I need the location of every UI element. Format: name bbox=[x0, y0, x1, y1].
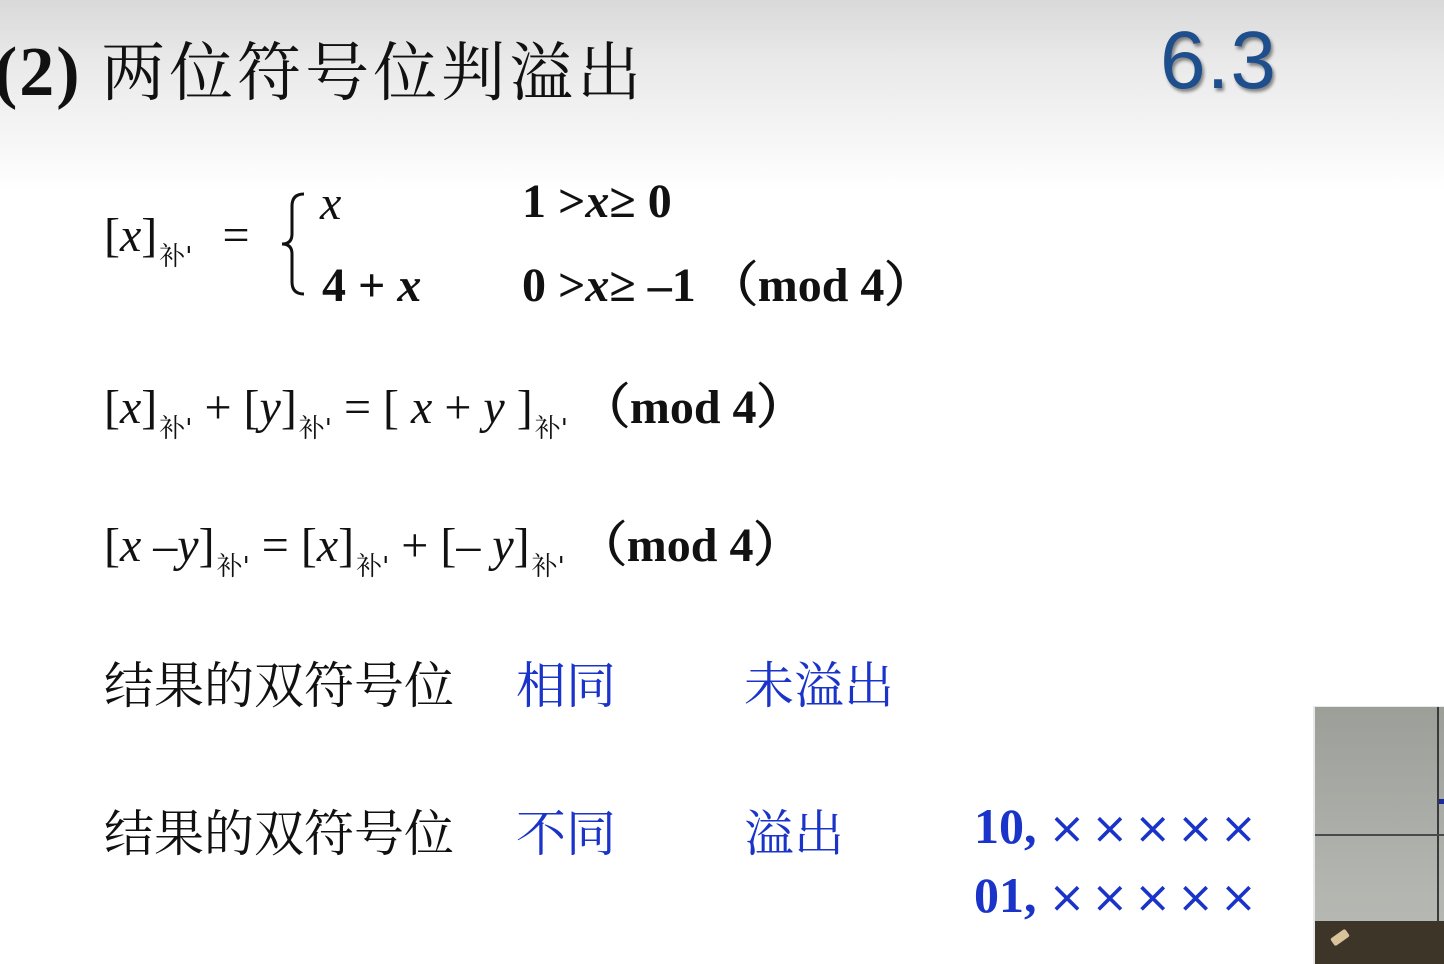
section-number: 6.3 bbox=[1160, 14, 1277, 108]
bracket-close: ] bbox=[514, 519, 530, 572]
bracket-close: ] bbox=[338, 519, 354, 572]
sign-bits: 10, bbox=[974, 798, 1037, 854]
var-x: x bbox=[411, 381, 432, 434]
subscript-complement: 补' bbox=[299, 414, 332, 444]
overflow-pattern-negative: 01,××××× bbox=[974, 866, 1263, 924]
plus-sign: + bbox=[432, 381, 483, 434]
plus-sign: + bbox=[192, 381, 243, 434]
var-x: x bbox=[317, 519, 338, 572]
bracket-close: ] bbox=[281, 381, 297, 434]
minus-sign: – bbox=[141, 519, 177, 572]
left-brace-icon bbox=[282, 192, 306, 296]
bracket-close: ] bbox=[505, 381, 533, 434]
bracket-open: [ bbox=[244, 381, 260, 434]
var-x: x bbox=[120, 519, 141, 572]
wall-marker bbox=[1439, 799, 1444, 804]
slide-title: (2) 两位符号位判溢出 bbox=[0, 22, 645, 114]
var-x: x bbox=[120, 381, 141, 434]
condition-lead: 1 > bbox=[522, 175, 585, 228]
rule-diff-label: 结果的双符号位 bbox=[104, 794, 454, 866]
equation-addition: [x]补' + [y]补' = [ x + y ]补'（mod 4） bbox=[104, 384, 805, 432]
condition-tail: ≥ –1 bbox=[609, 259, 695, 312]
title-prefix: (2) bbox=[0, 34, 82, 111]
case1-condition: 1 >x≥ 0 bbox=[522, 178, 672, 226]
condition-tail: ≥ 0 bbox=[609, 175, 671, 228]
presenter-camera-overlay bbox=[1313, 706, 1444, 964]
subscript-complement: 补' bbox=[217, 552, 250, 582]
modulus: （mod 4） bbox=[710, 259, 933, 312]
var-x: x bbox=[585, 259, 609, 312]
var-x: x bbox=[585, 175, 609, 228]
case2-value-const: 4 + bbox=[322, 259, 397, 312]
var-y: y bbox=[492, 519, 513, 572]
bracket-open: [ bbox=[383, 381, 411, 434]
modulus: （mod 4） bbox=[579, 519, 802, 572]
var-y: y bbox=[177, 519, 198, 572]
subscript-complement: 补' bbox=[356, 552, 389, 582]
rule-same-result: 未溢出 bbox=[744, 646, 894, 718]
subscript-complement: 补' bbox=[159, 414, 192, 444]
equals-sign: = bbox=[222, 209, 249, 262]
bracket-close: ] bbox=[141, 209, 157, 262]
subscript-complement: 补' bbox=[532, 552, 565, 582]
subscript-complement: 补' bbox=[159, 242, 192, 272]
modulus: （mod 4） bbox=[582, 381, 805, 434]
value-bits: ××××× bbox=[1049, 872, 1263, 923]
rule-diff-condition: 不同 bbox=[516, 794, 616, 866]
case2-condition: 0 >x≥ –1（mod 4） bbox=[522, 262, 932, 310]
definition-lhs: [x]补' = bbox=[104, 212, 250, 260]
bracket-open: [ bbox=[104, 209, 120, 262]
rule-same-label: 结果的双符号位 bbox=[104, 646, 454, 718]
sign-bits: 01, bbox=[974, 867, 1037, 923]
overflow-pattern-positive: 10,××××× bbox=[974, 797, 1263, 855]
equals-sign: = bbox=[332, 381, 383, 434]
var-x: x bbox=[397, 259, 421, 312]
case2-value: 4 + x bbox=[322, 262, 421, 310]
bracket-open: [ bbox=[104, 381, 120, 434]
value-bits: ××××× bbox=[1049, 803, 1263, 854]
var-y: y bbox=[260, 381, 281, 434]
equals-sign: = bbox=[250, 519, 301, 572]
bracket-open: [– bbox=[440, 519, 492, 572]
subscript-complement: 补' bbox=[535, 414, 568, 444]
rule-same-condition: 相同 bbox=[516, 646, 616, 718]
bracket-open: [ bbox=[104, 519, 120, 572]
bracket-close: ] bbox=[199, 519, 215, 572]
plus-sign: + bbox=[389, 519, 440, 572]
title-text: 两位符号位判溢出 bbox=[101, 37, 645, 111]
bracket-close: ] bbox=[141, 381, 157, 434]
case1-value: x bbox=[320, 180, 341, 228]
var-x: x bbox=[320, 177, 341, 230]
bracket-open: [ bbox=[301, 519, 317, 572]
equation-subtraction: [x –y]补' = [x]补' + [– y]补'（mod 4） bbox=[104, 522, 801, 570]
wall-line-vertical bbox=[1437, 707, 1439, 921]
wall-line-horizontal bbox=[1315, 834, 1444, 836]
var-x: x bbox=[120, 209, 141, 262]
condition-lead: 0 > bbox=[522, 259, 585, 312]
rule-diff-result: 溢出 bbox=[744, 794, 844, 866]
var-y: y bbox=[483, 381, 504, 434]
